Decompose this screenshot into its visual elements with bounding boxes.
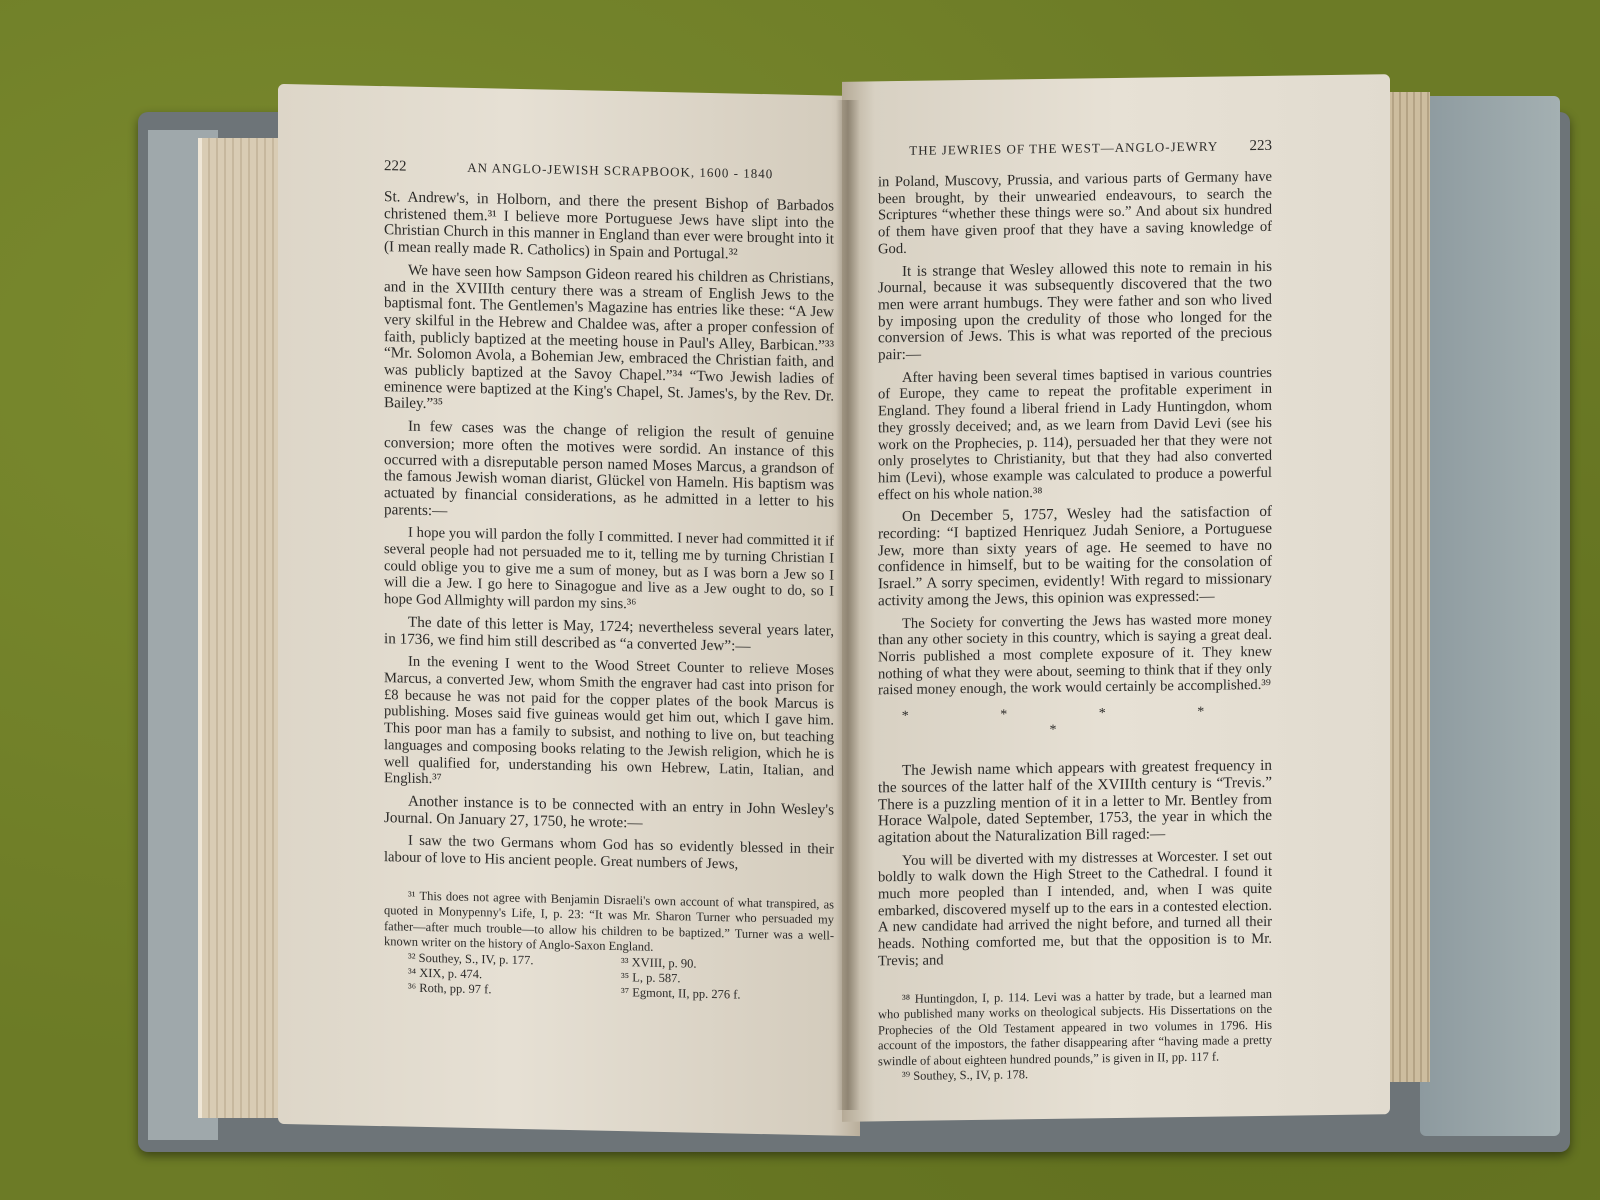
left-paragraph: Another instance is to be connected with… xyxy=(384,793,834,836)
left-page-number: 222 xyxy=(384,158,407,175)
left-block-quote: In the evening I went to the Wood Street… xyxy=(384,653,834,796)
cover-endpaper-right xyxy=(1420,96,1560,1136)
right-page-number: 223 xyxy=(1250,138,1273,155)
footnote: ³⁶ Roth, pp. 97 f. xyxy=(408,980,621,999)
footnote-31: ³¹ This does not agree with Benjamin Dis… xyxy=(384,888,834,959)
right-paragraph: It is strange that Wesley allowed this n… xyxy=(878,258,1272,364)
footnote-38: ³⁸ Huntingdon, I, p. 114. Levi was a hat… xyxy=(878,986,1272,1069)
left-block-quote: I saw the two Germans whom God has so ev… xyxy=(384,832,834,875)
footnote: ³⁷ Egmont, II, pp. 276 f. xyxy=(621,985,834,1004)
left-paragraph: St. Andrew's, in Holborn, and there the … xyxy=(384,189,834,265)
left-page: 222 AN ANGLO-JEWISH SCRAPBOOK, 1600 - 18… xyxy=(278,84,860,1136)
book-gutter xyxy=(836,100,860,1110)
right-block-quote: After having been several times baptised… xyxy=(878,365,1272,504)
right-running-head: THE JEWRIES OF THE WEST—ANGLO-JEWRY 223 xyxy=(878,138,1272,161)
section-separator: * * * * * xyxy=(878,704,1272,742)
left-paragraph: In few cases was the change of religion … xyxy=(384,418,834,528)
short-footnotes: ³² Southey, S., IV, p. 177. ³³ XVIII, p.… xyxy=(384,950,834,1004)
right-paragraph: On December 5, 1757, Wesley had the sati… xyxy=(878,504,1272,610)
right-running-title: THE JEWRIES OF THE WEST—ANGLO-JEWRY xyxy=(878,138,1250,159)
right-block-quote: You will be diverted with my distresses … xyxy=(878,847,1272,969)
right-page: THE JEWRIES OF THE WEST—ANGLO-JEWRY 223 … xyxy=(842,74,1390,1122)
left-running-title: AN ANGLO-JEWISH SCRAPBOOK, 1600 - 1840 xyxy=(407,159,835,184)
right-block-quote: The Society for converting the Jews has … xyxy=(878,610,1272,699)
right-block-quote: in Poland, Muscovy, Prussia, and various… xyxy=(878,169,1272,258)
right-paragraph: The Jewish name which appears with great… xyxy=(878,758,1272,847)
left-paragraph: The date of this letter is May, 1724; ne… xyxy=(384,614,834,657)
left-paragraph: We have seen how Sampson Gideon reared h… xyxy=(384,262,834,422)
left-block-quote: I hope you will pardon the folly I commi… xyxy=(384,524,834,617)
left-running-head: 222 AN ANGLO-JEWISH SCRAPBOOK, 1600 - 18… xyxy=(384,158,834,184)
